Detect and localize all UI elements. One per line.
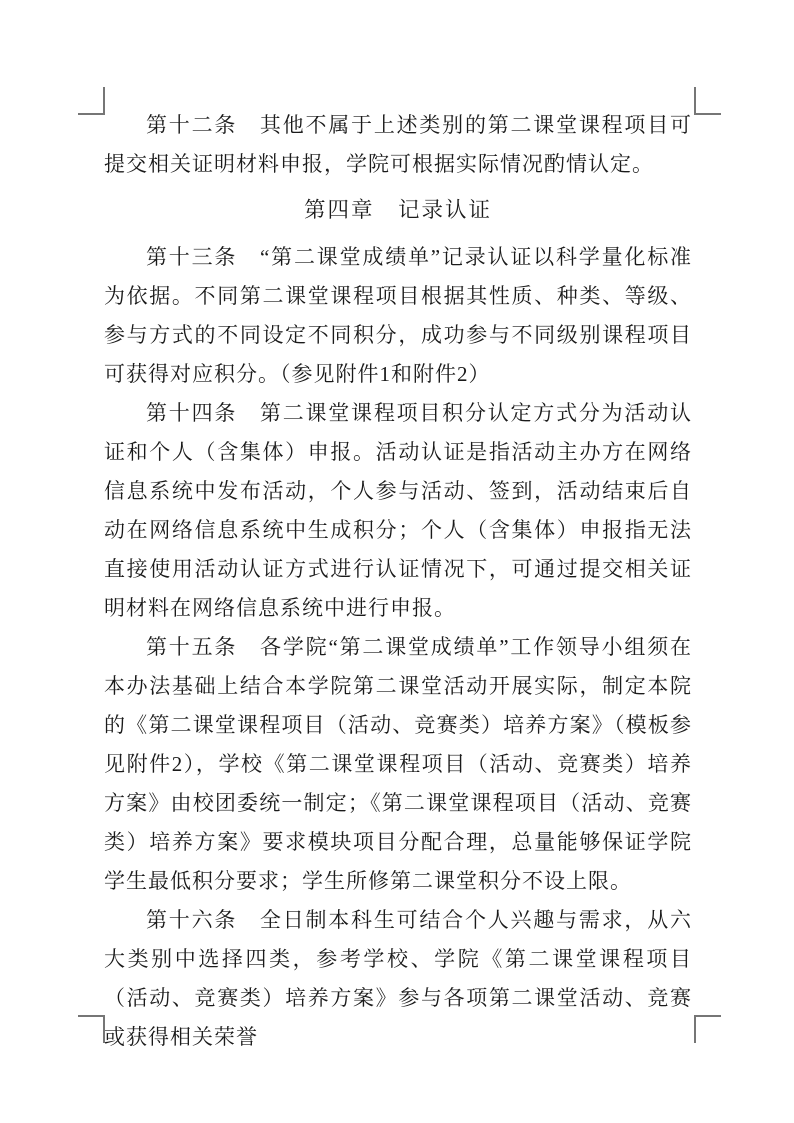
crop-mark-top-left [78, 87, 105, 115]
crop-mark-bottom-right [694, 1015, 721, 1043]
document-page: 第十二条 其他不属于上述类别的第二课堂课程项目可提交相关证明材料申报，学院可根据… [0, 0, 794, 1123]
page-content: 第十二条 其他不属于上述类别的第二课堂课程项目可提交相关证明材料申报，学院可根据… [104, 106, 692, 1057]
crop-mark-bottom-left [78, 1015, 105, 1043]
article-12-paragraph: 第十二条 其他不属于上述类别的第二课堂课程项目可提交相关证明材料申报，学院可根据… [104, 106, 692, 184]
article-14-paragraph: 第十四条 第二课堂课程项目积分认定方式分为活动认证和个人（含集体）申报。活动认证… [104, 394, 692, 628]
article-15-paragraph: 第十五条 各学院“第二课堂成绩单”工作领导小组须在本办法基础上结合本学院第二课堂… [104, 628, 692, 901]
article-16-paragraph: 第十六条 全日制本科生可结合个人兴趣与需求，从六大类别中选择四类，参考学校、学院… [104, 901, 692, 1057]
article-13-paragraph: 第十三条 “第二课堂成绩单”记录认证以科学量化标准为依据。不同第二课堂课程项目根… [104, 238, 692, 394]
chapter-4-heading: 第四章 记录认证 [104, 191, 692, 230]
crop-mark-top-right [694, 87, 721, 115]
